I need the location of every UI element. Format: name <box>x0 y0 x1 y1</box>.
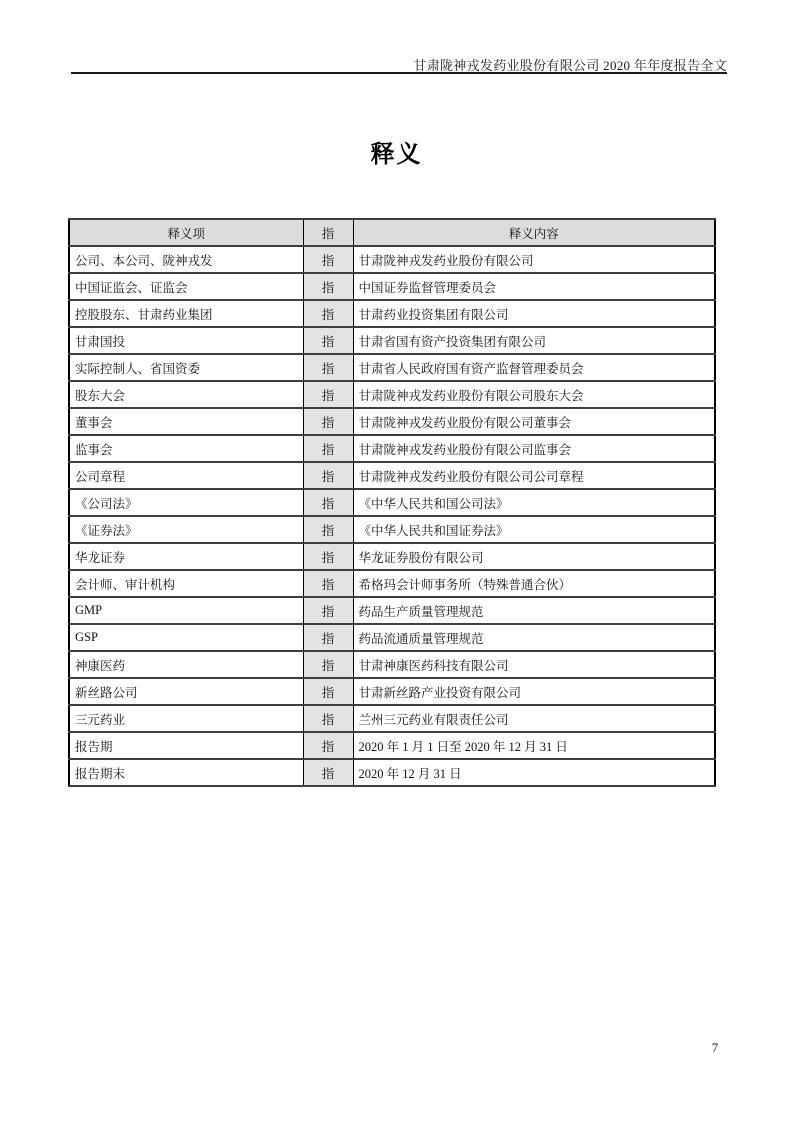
table-row: 会计师、审计机构指希格玛会计师事务所（特殊普通合伙） <box>69 570 715 597</box>
term-text: 新丝路公司 <box>69 678 303 705</box>
refers-text: 指 <box>303 273 353 300</box>
table-row: 中国证监会、证监会指中国证券监督管理委员会 <box>69 273 715 300</box>
term-text: 三元药业 <box>69 705 303 732</box>
refers-text: 指 <box>303 435 353 462</box>
refers-text: 指 <box>303 543 353 570</box>
table-row: GSP指药品流通质量管理规范 <box>69 624 715 651</box>
refers-text: 指 <box>303 408 353 435</box>
column-header-definition: 释义内容 <box>353 219 715 246</box>
page-title: 释义 <box>0 134 793 169</box>
table-row: GMP指药品生产质量管理规范 <box>69 597 715 624</box>
refers-text: 指 <box>303 570 353 597</box>
definition-text: 华龙证券股份有限公司 <box>353 543 715 570</box>
term-text: 甘肃国投 <box>69 327 303 354</box>
definition-text: 药品生产质量管理规范 <box>353 597 715 624</box>
definition-text: 甘肃新丝路产业投资有限公司 <box>353 678 715 705</box>
definition-text: 《中华人民共和国证券法》 <box>353 516 715 543</box>
definition-text: 希格玛会计师事务所（特殊普通合伙） <box>353 570 715 597</box>
table-row: 《证券法》指《中华人民共和国证券法》 <box>69 516 715 543</box>
term-text: 董事会 <box>69 408 303 435</box>
refers-text: 指 <box>303 246 353 273</box>
table-row: 公司章程指甘肃陇神戎发药业股份有限公司公司章程 <box>69 462 715 489</box>
refers-text: 指 <box>303 678 353 705</box>
definition-text: 甘肃药业投资集团有限公司 <box>353 300 715 327</box>
refers-text: 指 <box>303 651 353 678</box>
table-row: 监事会指甘肃陇神戎发药业股份有限公司监事会 <box>69 435 715 462</box>
refers-text: 指 <box>303 705 353 732</box>
refers-text: 指 <box>303 462 353 489</box>
definition-text: 甘肃陇神戎发药业股份有限公司公司章程 <box>353 462 715 489</box>
definition-text: 2020 年 1 月 1 日至 2020 年 12 月 31 日 <box>353 732 715 759</box>
refers-text: 指 <box>303 381 353 408</box>
refers-text: 指 <box>303 354 353 381</box>
refers-text: 指 <box>303 732 353 759</box>
definition-text: 中国证券监督管理委员会 <box>353 273 715 300</box>
term-text: 神康医药 <box>69 651 303 678</box>
definitions-table-body: 公司、本公司、陇神戎发指甘肃陇神戎发药业股份有限公司中国证监会、证监会指中国证券… <box>69 246 715 786</box>
definition-text: 甘肃陇神戎发药业股份有限公司监事会 <box>353 435 715 462</box>
refers-text: 指 <box>303 516 353 543</box>
table-row: 《公司法》指《中华人民共和国公司法》 <box>69 489 715 516</box>
table-row: 新丝路公司指甘肃新丝路产业投资有限公司 <box>69 678 715 705</box>
term-text: 报告期末 <box>69 759 303 786</box>
definitions-table: 释义项 指 释义内容 公司、本公司、陇神戎发指甘肃陇神戎发药业股份有限公司中国证… <box>68 218 716 787</box>
term-text: 实际控制人、省国资委 <box>69 354 303 381</box>
refers-text: 指 <box>303 759 353 786</box>
table-row: 控股股东、甘肃药业集团指甘肃药业投资集团有限公司 <box>69 300 715 327</box>
table-row: 报告期指2020 年 1 月 1 日至 2020 年 12 月 31 日 <box>69 732 715 759</box>
term-text: GMP <box>69 597 303 624</box>
definition-text: 兰州三元药业有限责任公司 <box>353 705 715 732</box>
column-header-refers: 指 <box>303 219 353 246</box>
definition-text: 2020 年 12 月 31 日 <box>353 759 715 786</box>
table-row: 华龙证券指华龙证券股份有限公司 <box>69 543 715 570</box>
term-text: 《证券法》 <box>69 516 303 543</box>
table-row: 三元药业指兰州三元药业有限责任公司 <box>69 705 715 732</box>
term-text: 《公司法》 <box>69 489 303 516</box>
refers-text: 指 <box>303 327 353 354</box>
page-number: 7 <box>705 1040 725 1056</box>
refers-text: 指 <box>303 624 353 651</box>
definition-text: 甘肃陇神戎发药业股份有限公司董事会 <box>353 408 715 435</box>
term-text: GSP <box>69 624 303 651</box>
term-text: 监事会 <box>69 435 303 462</box>
definition-text: 甘肃陇神戎发药业股份有限公司 <box>353 246 715 273</box>
term-text: 华龙证券 <box>69 543 303 570</box>
table-row: 实际控制人、省国资委指甘肃省人民政府国有资产监督管理委员会 <box>69 354 715 381</box>
term-text: 会计师、审计机构 <box>69 570 303 597</box>
refers-text: 指 <box>303 489 353 516</box>
definition-text: 《中华人民共和国公司法》 <box>353 489 715 516</box>
refers-text: 指 <box>303 597 353 624</box>
table-row: 公司、本公司、陇神戎发指甘肃陇神戎发药业股份有限公司 <box>69 246 715 273</box>
definition-text: 药品流通质量管理规范 <box>353 624 715 651</box>
table-row: 神康医药指甘肃神康医药科技有限公司 <box>69 651 715 678</box>
table-row: 股东大会指甘肃陇神戎发药业股份有限公司股东大会 <box>69 381 715 408</box>
term-text: 公司、本公司、陇神戎发 <box>69 246 303 273</box>
table-row: 报告期末指2020 年 12 月 31 日 <box>69 759 715 786</box>
term-text: 控股股东、甘肃药业集团 <box>69 300 303 327</box>
term-text: 公司章程 <box>69 462 303 489</box>
table-header-row: 释义项 指 释义内容 <box>69 219 715 246</box>
term-text: 股东大会 <box>69 381 303 408</box>
term-text: 报告期 <box>69 732 303 759</box>
definition-text: 甘肃神康医药科技有限公司 <box>353 651 715 678</box>
definition-text: 甘肃陇神戎发药业股份有限公司股东大会 <box>353 381 715 408</box>
header-rule <box>71 72 727 74</box>
table-row: 甘肃国投指甘肃省国有资产投资集团有限公司 <box>69 327 715 354</box>
definition-text: 甘肃省国有资产投资集团有限公司 <box>353 327 715 354</box>
table-row: 董事会指甘肃陇神戎发药业股份有限公司董事会 <box>69 408 715 435</box>
definition-text: 甘肃省人民政府国有资产监督管理委员会 <box>353 354 715 381</box>
refers-text: 指 <box>303 300 353 327</box>
column-header-term: 释义项 <box>69 219 303 246</box>
term-text: 中国证监会、证监会 <box>69 273 303 300</box>
